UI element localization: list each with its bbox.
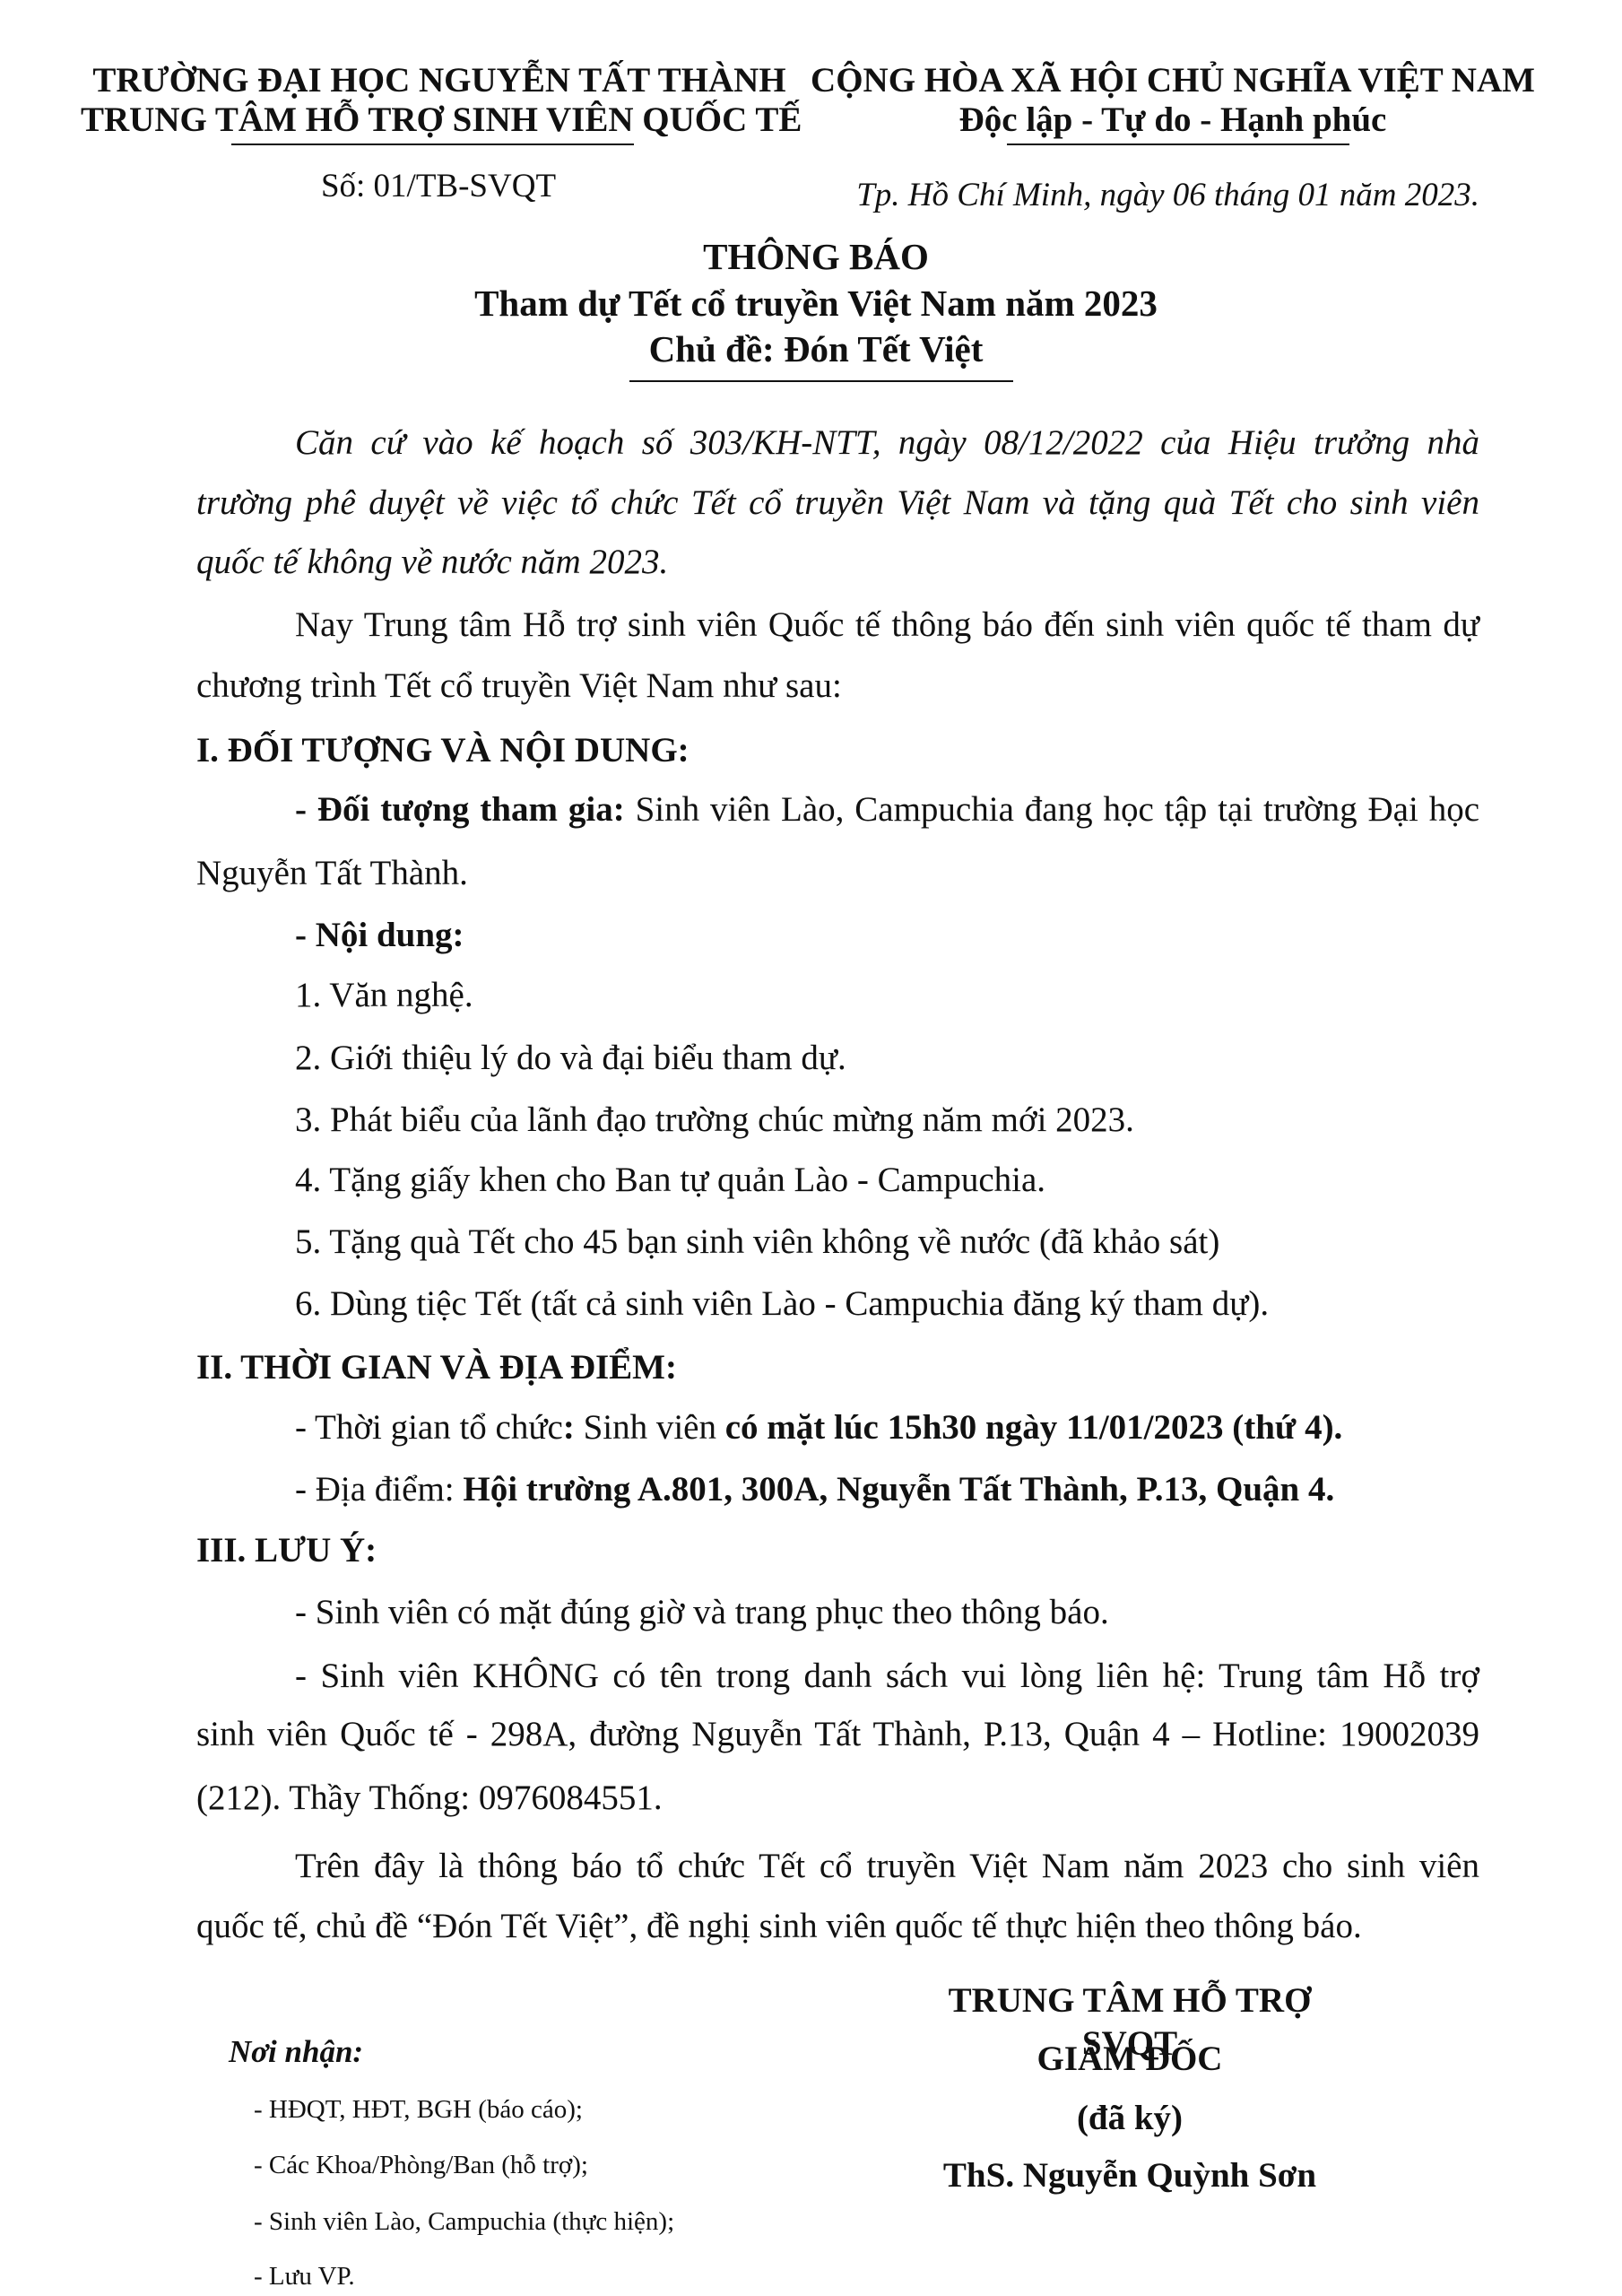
national-motto: Độc lập - Tự do - Hạnh phúc — [807, 100, 1539, 140]
time-line: - Thời gian tổ chức: Sinh viên có mặt lú… — [295, 1406, 1479, 1449]
basis-line-3: quốc tế không về nước năm 2023. — [196, 541, 1479, 584]
title-underline — [629, 380, 1013, 382]
document-title: THÔNG BÁO — [448, 235, 1184, 278]
basis-line-2: trường phê duyệt về việc tổ chức Tết cổ … — [196, 482, 1479, 525]
note-2-line-1: - Sinh viên KHÔNG có tên trong danh sách… — [295, 1655, 1479, 1698]
content-item: 2. Giới thiệu lý do và đại biểu tham dự. — [295, 1037, 1479, 1080]
content-item: 6. Dùng tiệc Tết (tất cả sinh viên Lào -… — [295, 1283, 1479, 1326]
recipient-item: - Lưu VP. — [254, 2260, 355, 2292]
recipient-item: - Các Khoa/Phòng/Ban (hỗ trợ); — [254, 2149, 588, 2181]
recipient-item: - HĐQT, HĐT, BGH (báo cáo); — [254, 2093, 583, 2126]
place-label: - Địa điểm: — [295, 1470, 463, 1509]
participants-line: - Đối tượng tham gia: Sinh viên Lào, Cam… — [295, 788, 1479, 831]
country-name: CỘNG HÒA XÃ HỘI CHỦ NGHĨA VIỆT NAM — [807, 61, 1539, 100]
document-date: Tp. Hồ Chí Minh, ngày 06 tháng 01 năm 20… — [852, 176, 1479, 214]
section-2-heading: II. THỜI GIAN VÀ ĐỊA ĐIỂM: — [196, 1346, 1479, 1389]
content-item: 3. Phát biểu của lãnh đạo trường chúc mừ… — [295, 1099, 1479, 1142]
note-2-line-2: sinh viên Quốc tế - 298A, đường Nguyễn T… — [196, 1713, 1479, 1756]
center-name: TRUNG TÂM HỖ TRỢ SINH VIÊN QUỐC TẾ — [81, 100, 798, 140]
document-theme: Chủ đề: Đón Tết Việt — [448, 327, 1184, 370]
recipients-label: Nơi nhận: — [229, 2034, 363, 2070]
content-item: 4. Tặng giấy khen cho Ban tự quản Lào - … — [295, 1159, 1479, 1202]
content-item: 5. Tặng quà Tết cho 45 bạn sinh viên khô… — [295, 1221, 1479, 1264]
basis-line-1: Căn cứ vào kế hoạch số 303/KH-NTT, ngày … — [295, 422, 1479, 465]
recipient-item: - Sinh viên Lào, Campuchia (thực hiện); — [254, 2205, 674, 2238]
school-name: TRƯỜNG ĐẠI HỌC NGUYỄN TẤT THÀNH — [81, 61, 798, 100]
intro-line-2: chương trình Tết cổ truyền Việt Nam như … — [196, 665, 1479, 708]
time-colon: : — [563, 1408, 575, 1447]
participants-label: - Đối tượng tham gia: — [295, 790, 625, 829]
signature-name: ThS. Nguyễn Quỳnh Sơn — [897, 2154, 1363, 2197]
time-label: - Thời gian tổ chức — [295, 1408, 563, 1447]
closing-line-2: quốc tế, chủ đề “Đón Tết Việt”, đề nghị … — [196, 1905, 1479, 1948]
header-right-underline — [1007, 143, 1349, 145]
time-plain: Sinh viên — [575, 1408, 725, 1447]
note-2-line-3: (212). Thầy Thống: 0976084551. — [196, 1777, 1479, 1820]
intro-line-1: Nay Trung tâm Hỗ trợ sinh viên Quốc tế t… — [295, 604, 1479, 647]
section-3-heading: III. LƯU Ý: — [196, 1529, 1479, 1572]
document-number: Số: 01/TB-SVQT — [259, 167, 618, 205]
content-label: - Nội dung: — [295, 914, 1479, 957]
closing-line-1: Trên đây là thông báo tổ chức Tết cổ tru… — [295, 1845, 1479, 1888]
signature-status: (đã ký) — [897, 2097, 1363, 2140]
place-line: - Địa điểm: Hội trường A.801, 300A, Nguy… — [295, 1468, 1479, 1511]
participants-text: Sinh viên Lào, Campuchia đang học tập tạ… — [625, 790, 1479, 829]
place-value: Hội trường A.801, 300A, Nguyễn Tất Thành… — [463, 1470, 1334, 1509]
participants-continued: Nguyễn Tất Thành. — [196, 852, 1479, 895]
note-1: - Sinh viên có mặt đúng giờ và trang phụ… — [295, 1591, 1479, 1634]
document-subtitle: Tham dự Tết cổ truyền Việt Nam năm 2023 — [359, 282, 1273, 325]
signature-title: GIÁM ĐỐC — [897, 2038, 1363, 2081]
section-1-heading: I. ĐỐI TƯỢNG VÀ NỘI DUNG: — [196, 729, 1479, 772]
content-item: 1. Văn nghệ. — [295, 974, 1479, 1017]
time-value: có mặt lúc 15h30 ngày 11/01/2023 (thứ 4)… — [725, 1408, 1343, 1447]
header-left-underline — [231, 143, 634, 145]
